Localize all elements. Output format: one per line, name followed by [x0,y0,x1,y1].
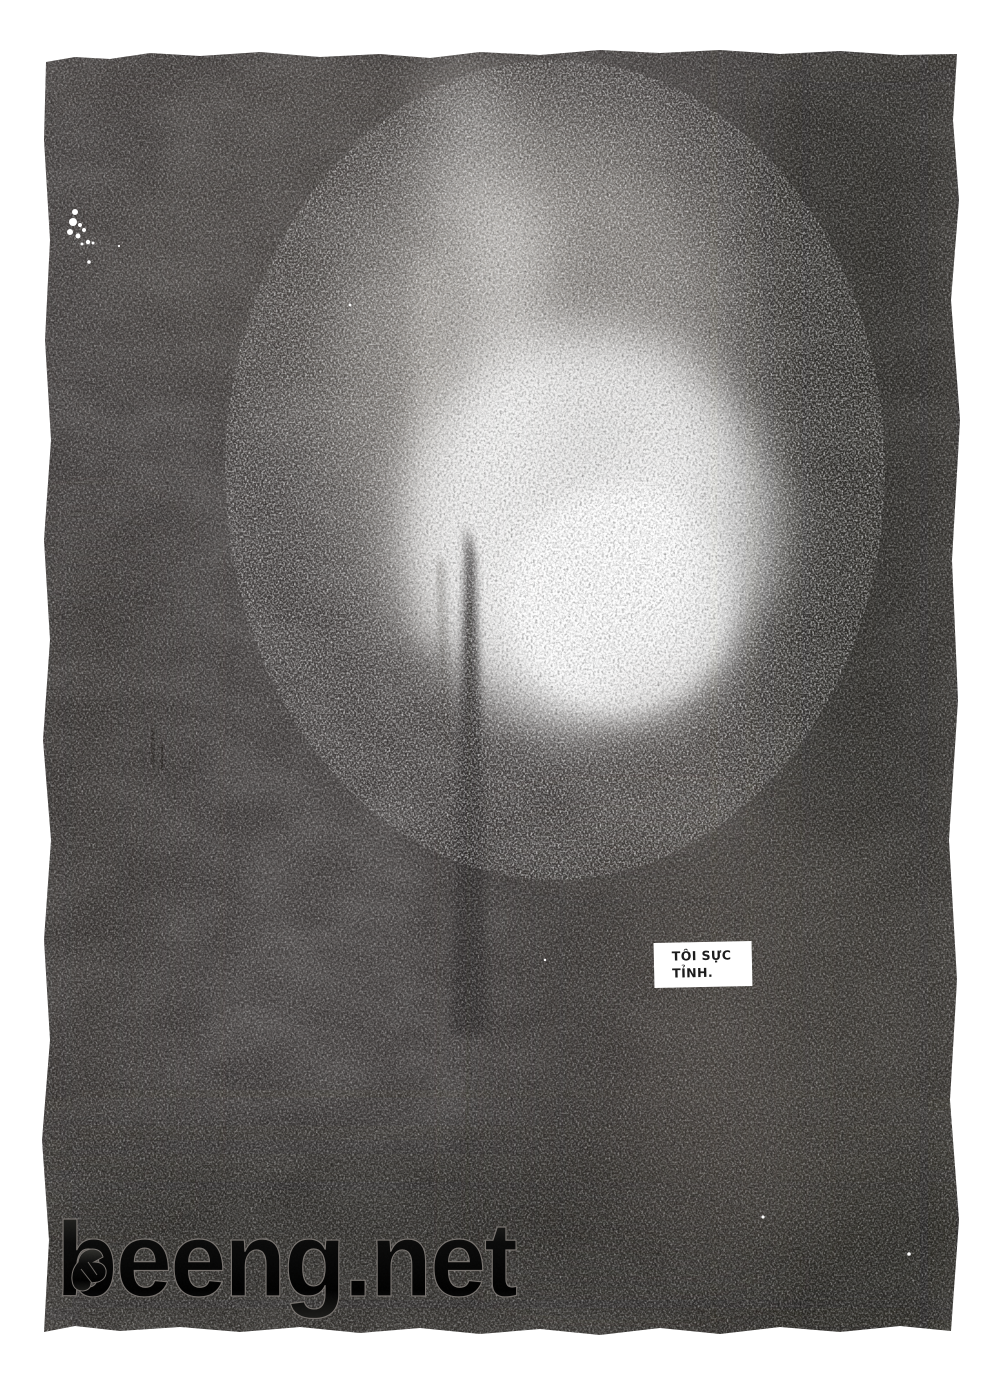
caption-line-1: TÔI SỰC [672,946,752,965]
caption-box: TÔI SỰC TỈNH. [654,941,753,988]
watermark-text: beeng.net [56,1201,517,1319]
caption-line-2: TỈNH. [672,963,752,982]
panel-art: beeng.net [0,0,1000,1394]
panel-texture [30,40,970,1350]
watermark: beeng.net [56,1201,517,1319]
manga-page: beeng.net TÔI SỰC TỈNH. [0,0,1000,1394]
